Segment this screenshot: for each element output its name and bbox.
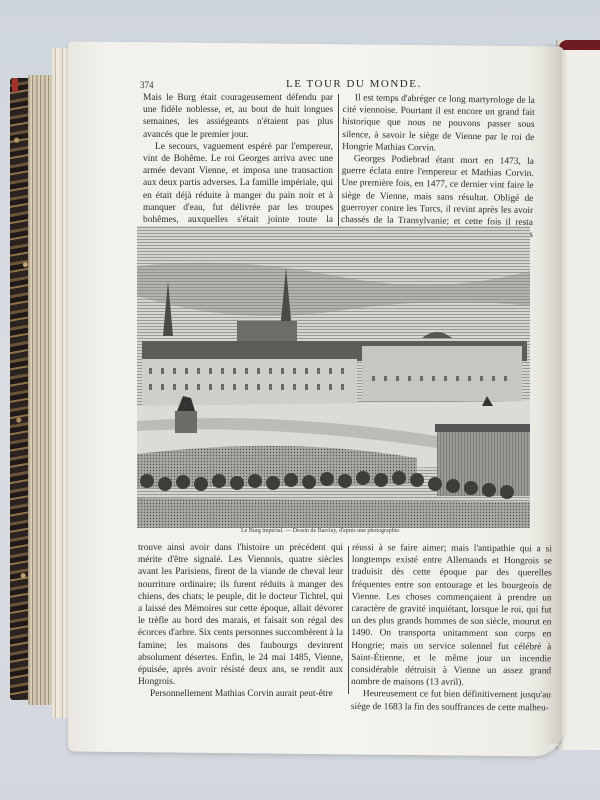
illustration-caption: Le Burg impérial. — Dessin de Barclay, d… xyxy=(241,528,461,534)
page-header: 374 LE TOUR DU MONDE. xyxy=(140,78,535,92)
page-number: 374 xyxy=(140,80,154,90)
column-divider xyxy=(348,546,349,694)
cover-red-corner xyxy=(12,78,18,92)
running-title: LE TOUR DU MONDE. xyxy=(286,78,422,90)
engraving-illustration xyxy=(137,226,530,528)
paragraph: Heureusement ce fut bien définitivement … xyxy=(351,688,551,714)
paragraph: réussi à se faire aimer; mais l'antipath… xyxy=(351,542,552,690)
burg-imperial-engraving-icon xyxy=(137,226,530,528)
column-divider xyxy=(338,94,339,226)
paragraph: Mais le Burg était courageusement défend… xyxy=(143,92,333,141)
paragraph: Il est temps d'abréger ce long martyrolo… xyxy=(342,92,535,156)
column-right-bottom: réussi à se faire aimer; mais l'antipath… xyxy=(351,542,552,714)
paragraph: Personnellement Mathias Corvin aurait pe… xyxy=(138,688,343,700)
facing-cover-red-edge xyxy=(559,40,600,50)
column-left-bottom: trouve ainsi avoir dans l'histoire un pr… xyxy=(138,542,343,701)
paragraph: trouve ainsi avoir dans l'histoire un pr… xyxy=(138,542,343,688)
